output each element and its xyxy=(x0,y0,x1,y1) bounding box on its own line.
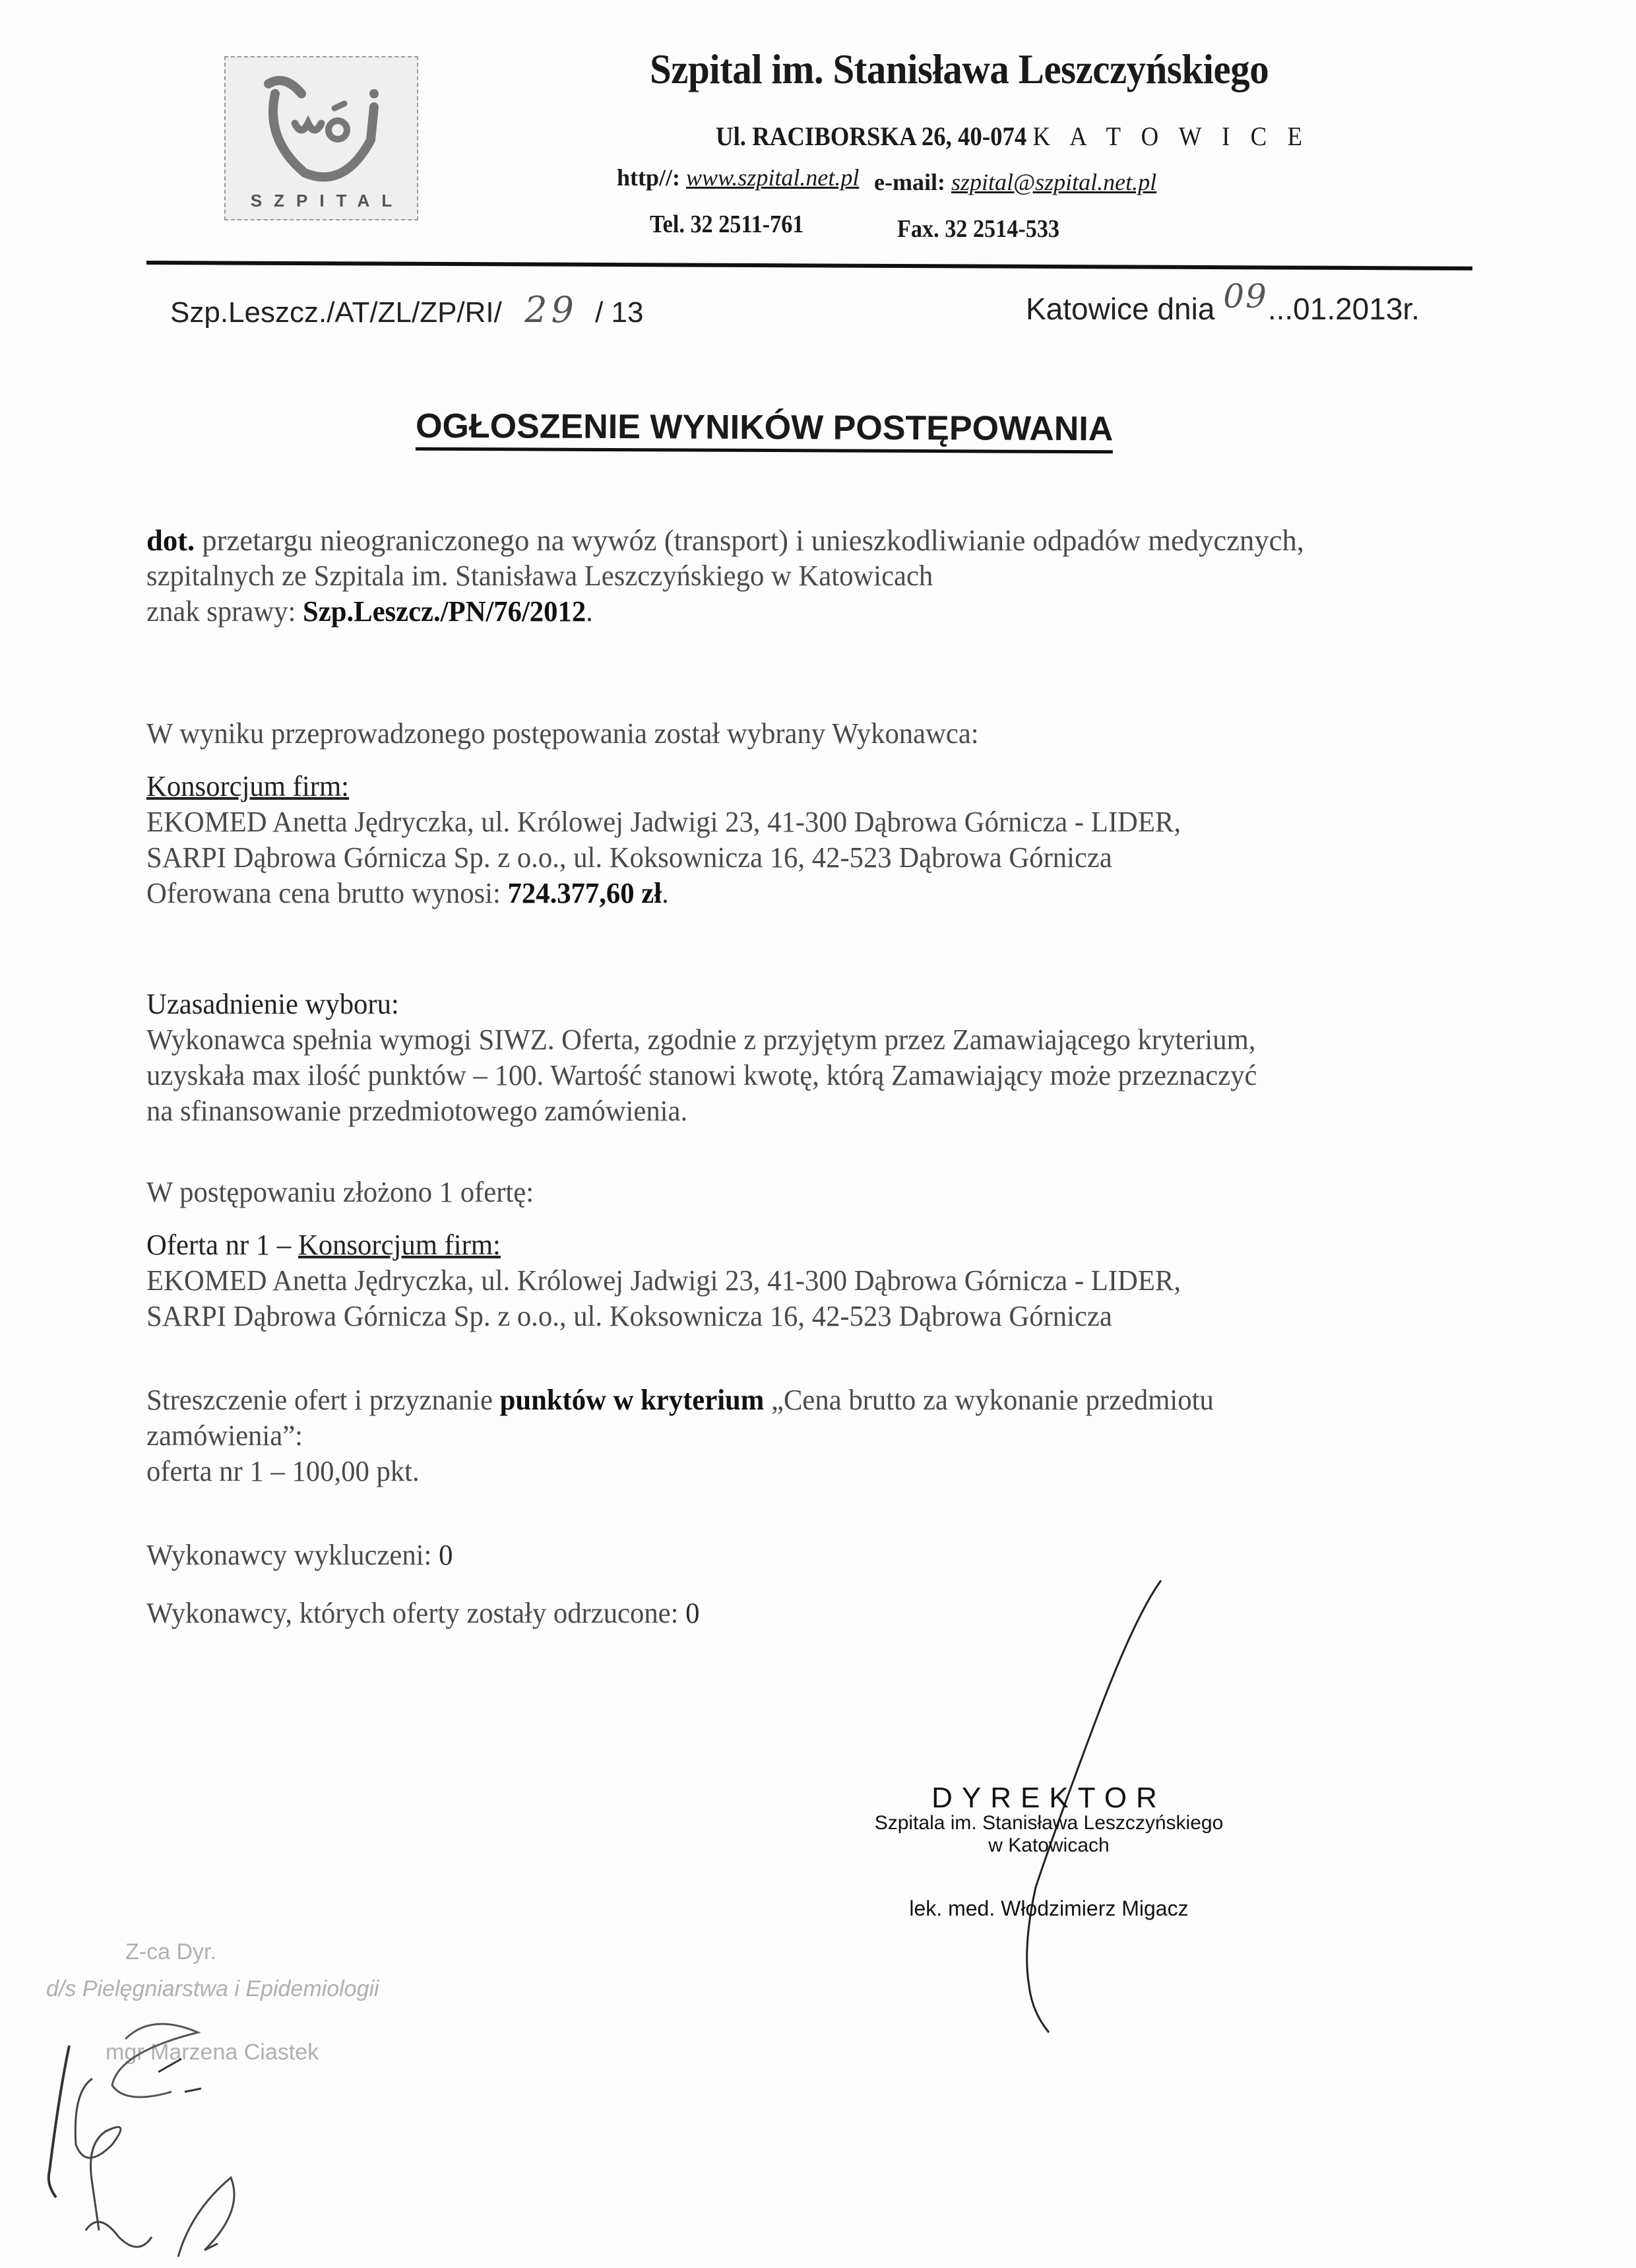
deputy-stamp-line-1: Z-ca Dyr. xyxy=(46,1933,379,1970)
deputy-stamp-line-2: d/s Pielęgniarstwa i Epidemiologii xyxy=(46,1970,379,2007)
subject-line-1: przetargu nieograniczonego na wywóz (tra… xyxy=(195,523,1304,557)
reference-suffix: / 13 xyxy=(595,296,643,329)
consortium-member-1: EKOMED Anetta Jędryczka, ul. Królowej Ja… xyxy=(146,804,1181,840)
stamp-city: w Katowicach xyxy=(831,1834,1267,1857)
case-number-end: . xyxy=(586,595,593,628)
rejected-label: Wykonawcy, których oferty zostały odrzuc… xyxy=(146,1597,685,1629)
address-city: K A T O W I C E xyxy=(1032,121,1309,151)
subject-paragraph: dot. przetargu nieograniczonego na wywóz… xyxy=(146,523,1464,630)
header-divider xyxy=(146,261,1472,271)
price-value: 724.377,60 zł xyxy=(508,877,662,909)
rejected-offers: Wykonawcy, których oferty zostały odrzuc… xyxy=(146,1596,700,1631)
date-rest: ...01.2013r. xyxy=(1268,292,1420,326)
smile-logo-icon xyxy=(239,67,404,193)
address-street: Ul. RACIBORSKA 26, 40-074 xyxy=(716,121,1032,151)
handwritten-signatures-icon xyxy=(20,2013,297,2268)
justification-heading: Uzasadnienie wyboru: xyxy=(146,987,1464,1022)
scoring-result: oferta nr 1 – 100,00 pkt. xyxy=(146,1454,1464,1489)
offer-1-member-2: SARPI Dąbrowa Górnicza Sp. z o.o., ul. K… xyxy=(146,1299,1181,1334)
scoring-block: Streszczenie ofert i przyznanie punktów … xyxy=(146,1382,1464,1489)
justification-line-2: uzyskała max ilość punktów – 100. Wartoś… xyxy=(146,1058,1464,1093)
director-stamp: DYREKTOR Szpitala im. Stanisława Leszczy… xyxy=(831,1782,1267,1921)
consortium-member-2: SARPI Dąbrowa Górnicza Sp. z o.o., ul. K… xyxy=(146,840,1181,876)
fax-number: Fax. 32 2514-533 xyxy=(897,214,1059,243)
reference-prefix: Szp.Leszcz./AT/ZL/ZP/RI/ xyxy=(170,296,502,329)
consortium-heading: Konsorcjum firm: xyxy=(146,769,349,804)
offer-1-heading: Konsorcjum firm: xyxy=(298,1229,501,1261)
subject-line-2: szpitalnych ze Szpitala im. Stanisława L… xyxy=(146,558,1464,594)
offers-count: W postępowaniu złożono 1 ofertę: xyxy=(146,1175,534,1210)
website-label: http//: xyxy=(617,164,686,191)
scoring-criterion-label: punktów w kryterium xyxy=(500,1384,765,1416)
excluded-value: 0 xyxy=(439,1539,453,1571)
reference-handwritten-number: 29 xyxy=(524,289,578,331)
justification-line-3: na sfinansowanie przedmiotowego zamówien… xyxy=(146,1093,1464,1129)
website-link[interactable]: www.szpital.net.pl xyxy=(686,164,859,191)
selection-block: Konsorcjum firm: EKOMED Anetta Jędryczka… xyxy=(146,769,1181,911)
hospital-logo: SZPITAL xyxy=(224,56,418,220)
offer-1-label: Oferta nr 1 – xyxy=(146,1229,298,1261)
case-number-label: znak sprawy: xyxy=(146,595,303,628)
stamp-role: DYREKTOR xyxy=(831,1782,1267,1815)
logo-wordmark: SZPITAL xyxy=(226,191,417,211)
scoring-part-3: „Cena brutto za wykonanie przedmiotu xyxy=(764,1384,1213,1416)
date-prefix: Katowice dnia xyxy=(1026,292,1223,326)
selection-intro: W wyniku przeprowadzonego postępowania z… xyxy=(146,716,979,752)
stamp-name: lek. med. Włodzimierz Migacz xyxy=(831,1896,1267,1921)
hospital-name: Szpital im. Stanisława Leszczyńskiego xyxy=(650,45,1269,94)
case-number-value: Szp.Leszcz./PN/76/2012 xyxy=(303,595,586,628)
rejected-value: 0 xyxy=(685,1597,699,1629)
excluded-label: Wykonawcy wykluczeni: xyxy=(146,1539,439,1571)
document-date: Katowice dnia 09...01.2013r. xyxy=(1026,289,1420,327)
justification-line-1: Wykonawca spełnia wymogi SIWZ. Oferta, z… xyxy=(146,1022,1464,1058)
website-line: http//: www.szpital.net.pl xyxy=(617,164,859,191)
excluded-contractors: Wykonawcy wykluczeni: 0 xyxy=(146,1538,453,1573)
date-handwritten-day: 09 xyxy=(1223,277,1268,315)
stamp-institution: Szpitala im. Stanisława Leszczyńskiego xyxy=(831,1812,1267,1834)
price-end: . xyxy=(662,877,669,909)
price-label: Oferowana cena brutto wynosi: xyxy=(146,877,508,909)
document-title: OGŁOSZENIE WYNIKÓW POSTĘPOWANIA xyxy=(416,406,1114,454)
scoring-line-2: zamówienia”: xyxy=(146,1418,1464,1454)
reference-number: Szp.Leszcz./AT/ZL/ZP/RI/ 29 / 13 xyxy=(170,289,643,331)
phone-number: Tel. 32 2511-761 xyxy=(650,210,803,239)
subject-lead: dot. xyxy=(146,523,195,557)
scoring-part-1: Streszczenie ofert i przyznanie xyxy=(146,1384,500,1416)
email-label: e-mail: xyxy=(874,169,951,195)
email-line: e-mail: szpital@szpital.net.pl xyxy=(874,168,1156,196)
offer-1-block: Oferta nr 1 – Konsorcjum firm: EKOMED An… xyxy=(146,1227,1181,1334)
email-link[interactable]: szpital@szpital.net.pl xyxy=(951,169,1156,195)
justification-block: Uzasadnienie wyboru: Wykonawca spełnia w… xyxy=(146,987,1464,1129)
offer-1-member-1: EKOMED Anetta Jędryczka, ul. Królowej Ja… xyxy=(146,1263,1181,1299)
hospital-address: Ul. RACIBORSKA 26, 40-074 K A T O W I C … xyxy=(716,121,1309,152)
